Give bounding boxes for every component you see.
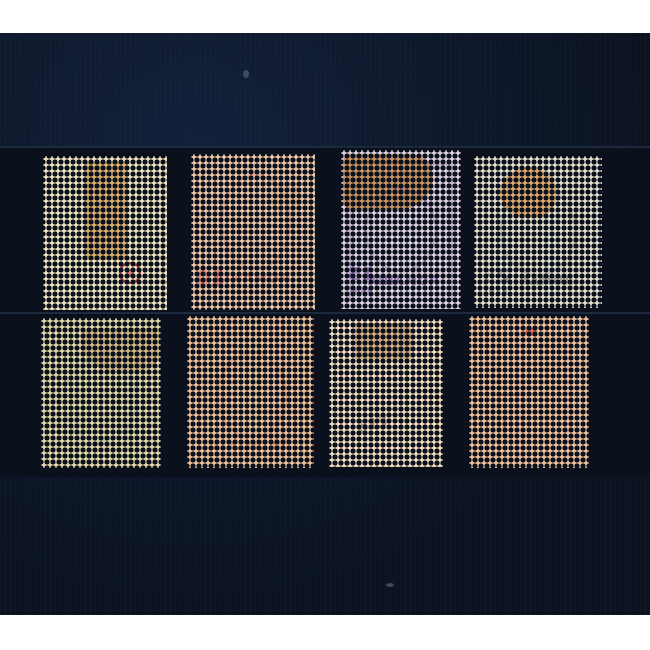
portrait-offset: [217, 352, 287, 438]
offset-value: 50: [271, 438, 291, 453]
stamp-back: [41, 318, 161, 468]
stamp-back: 513: [329, 319, 443, 467]
portrait-offset: [365, 188, 437, 272]
portrait-offset: [500, 186, 576, 276]
pencil-note: 513: [357, 412, 389, 436]
hinge-remnant: [85, 162, 127, 260]
offset-country: ROMANIA: [367, 274, 438, 288]
offset-trace: [503, 416, 505, 436]
offset-country: ROMANIA: [502, 274, 573, 288]
scuff-mark: [386, 583, 394, 587]
stamp-back: ROMANIA 50: [187, 316, 314, 468]
offset-country: ROMANIA: [211, 440, 277, 453]
hinge-remnant: [355, 323, 411, 359]
scuff-mark: [243, 70, 249, 78]
stamp-back: [43, 156, 167, 310]
offset-value: 10: [195, 266, 225, 290]
offset-subtext: BANI: [349, 287, 372, 295]
offset-value: 25: [482, 266, 509, 287]
offset-trace: [495, 394, 525, 396]
stamp-back: ROMANIA 25 BANI: [474, 156, 602, 308]
guarantee-mark: [119, 262, 141, 284]
stamp-back: [469, 316, 589, 468]
stamp-back: ROMANIA 10: [191, 154, 315, 310]
offset-subtext: BANI: [484, 288, 507, 296]
hinge-spot: [525, 328, 537, 336]
stamp-back: ROMANIA 15 BANI: [341, 150, 461, 309]
offset-value: 15: [347, 264, 374, 285]
portrait-offset: [63, 358, 137, 442]
hinge-remnant: [271, 184, 301, 214]
